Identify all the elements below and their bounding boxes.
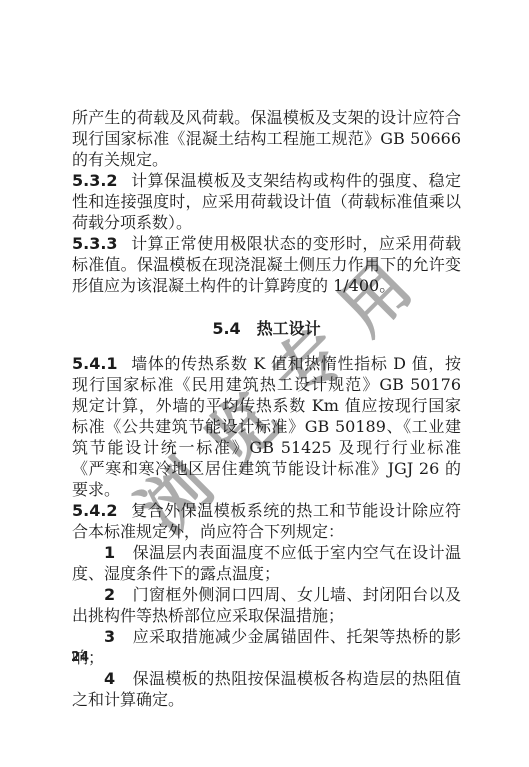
clause-number: 5.3.3 [72,234,118,253]
page-content: 所产生的荷载及风荷载。保温模板及支架的设计应符合现行国家标准《混凝土结构工程施工… [72,107,461,710]
clause-text: 计算保温模板及支架结构或构件的强度、稳定性和连接强度时，应采用荷载设计值（荷载标… [72,171,461,232]
paragraph-continuation: 所产生的荷载及风荷载。保温模板及支架的设计应符合现行国家标准《混凝土结构工程施工… [72,107,461,170]
clause-text: 墙体的传热系数 K 值和热惰性指标 D 值，按现行国家标准《民用建筑热工设计规范… [72,354,461,499]
list-item-number: 1 [104,543,115,562]
list-item-text: 应采取措施减少金属锚固件、托架等热桥的影响； [72,627,461,667]
clause-5-3-2: 5.3.2计算保温模板及支架结构或构件的强度、稳定性和连接强度时，应采用荷载设计… [72,170,461,233]
section-heading-number: 5.4 [212,319,240,338]
list-item-text: 保温层内表面温度不应低于室内空气在设计温度、湿度条件下的露点温度； [72,543,461,583]
section-heading-title: 热工设计 [257,319,321,338]
list-item-number: 4 [104,669,115,688]
list-item-2: 2门窗框外侧洞口四周、女儿墙、封闭阳台以及出挑构件等热桥部位应采取保温措施； [72,584,461,626]
list-item-text: 保温模板的热阻按保温模板各构造层的热阻值之和计算确定。 [72,669,461,709]
clause-5-4-1: 5.4.1墙体的传热系数 K 值和热惰性指标 D 值，按现行国家标准《民用建筑热… [72,353,461,500]
page-number: 24 [71,650,89,665]
clause-text: 计算正常使用极限状态的变形时，应采用荷载标准值。保温模板在现浇混凝土侧压力作用下… [72,234,461,295]
clause-number: 5.3.2 [72,171,118,190]
section-heading: 5.4热工设计 [72,318,461,339]
clause-5-4-2: 5.4.2复合外保温模板系统的热工和节能设计除应符合本标准规定外，尚应符合下列规… [72,500,461,542]
clause-number: 5.4.1 [72,354,118,373]
list-item-4: 4保温模板的热阻按保温模板各构造层的热阻值之和计算确定。 [72,668,461,710]
list-item-3: 3应采取措施减少金属锚固件、托架等热桥的影响； [72,626,461,668]
clause-text: 复合外保温模板系统的热工和节能设计除应符合本标准规定外，尚应符合下列规定： [72,501,461,541]
document-page: 浏览专用 所产生的荷载及风荷载。保温模板及支架的设计应符合现行国家标准《混凝土结… [0,0,529,767]
list-item-number: 3 [104,627,115,646]
list-item-1: 1保温层内表面温度不应低于室内空气在设计温度、湿度条件下的露点温度； [72,542,461,584]
list-item-number: 2 [104,585,115,604]
clause-5-3-3: 5.3.3计算正常使用极限状态的变形时，应采用荷载标准值。保温模板在现浇混凝土侧… [72,233,461,296]
clause-number: 5.4.2 [72,501,118,520]
list-item-text: 门窗框外侧洞口四周、女儿墙、封闭阳台以及出挑构件等热桥部位应采取保温措施； [72,585,461,625]
